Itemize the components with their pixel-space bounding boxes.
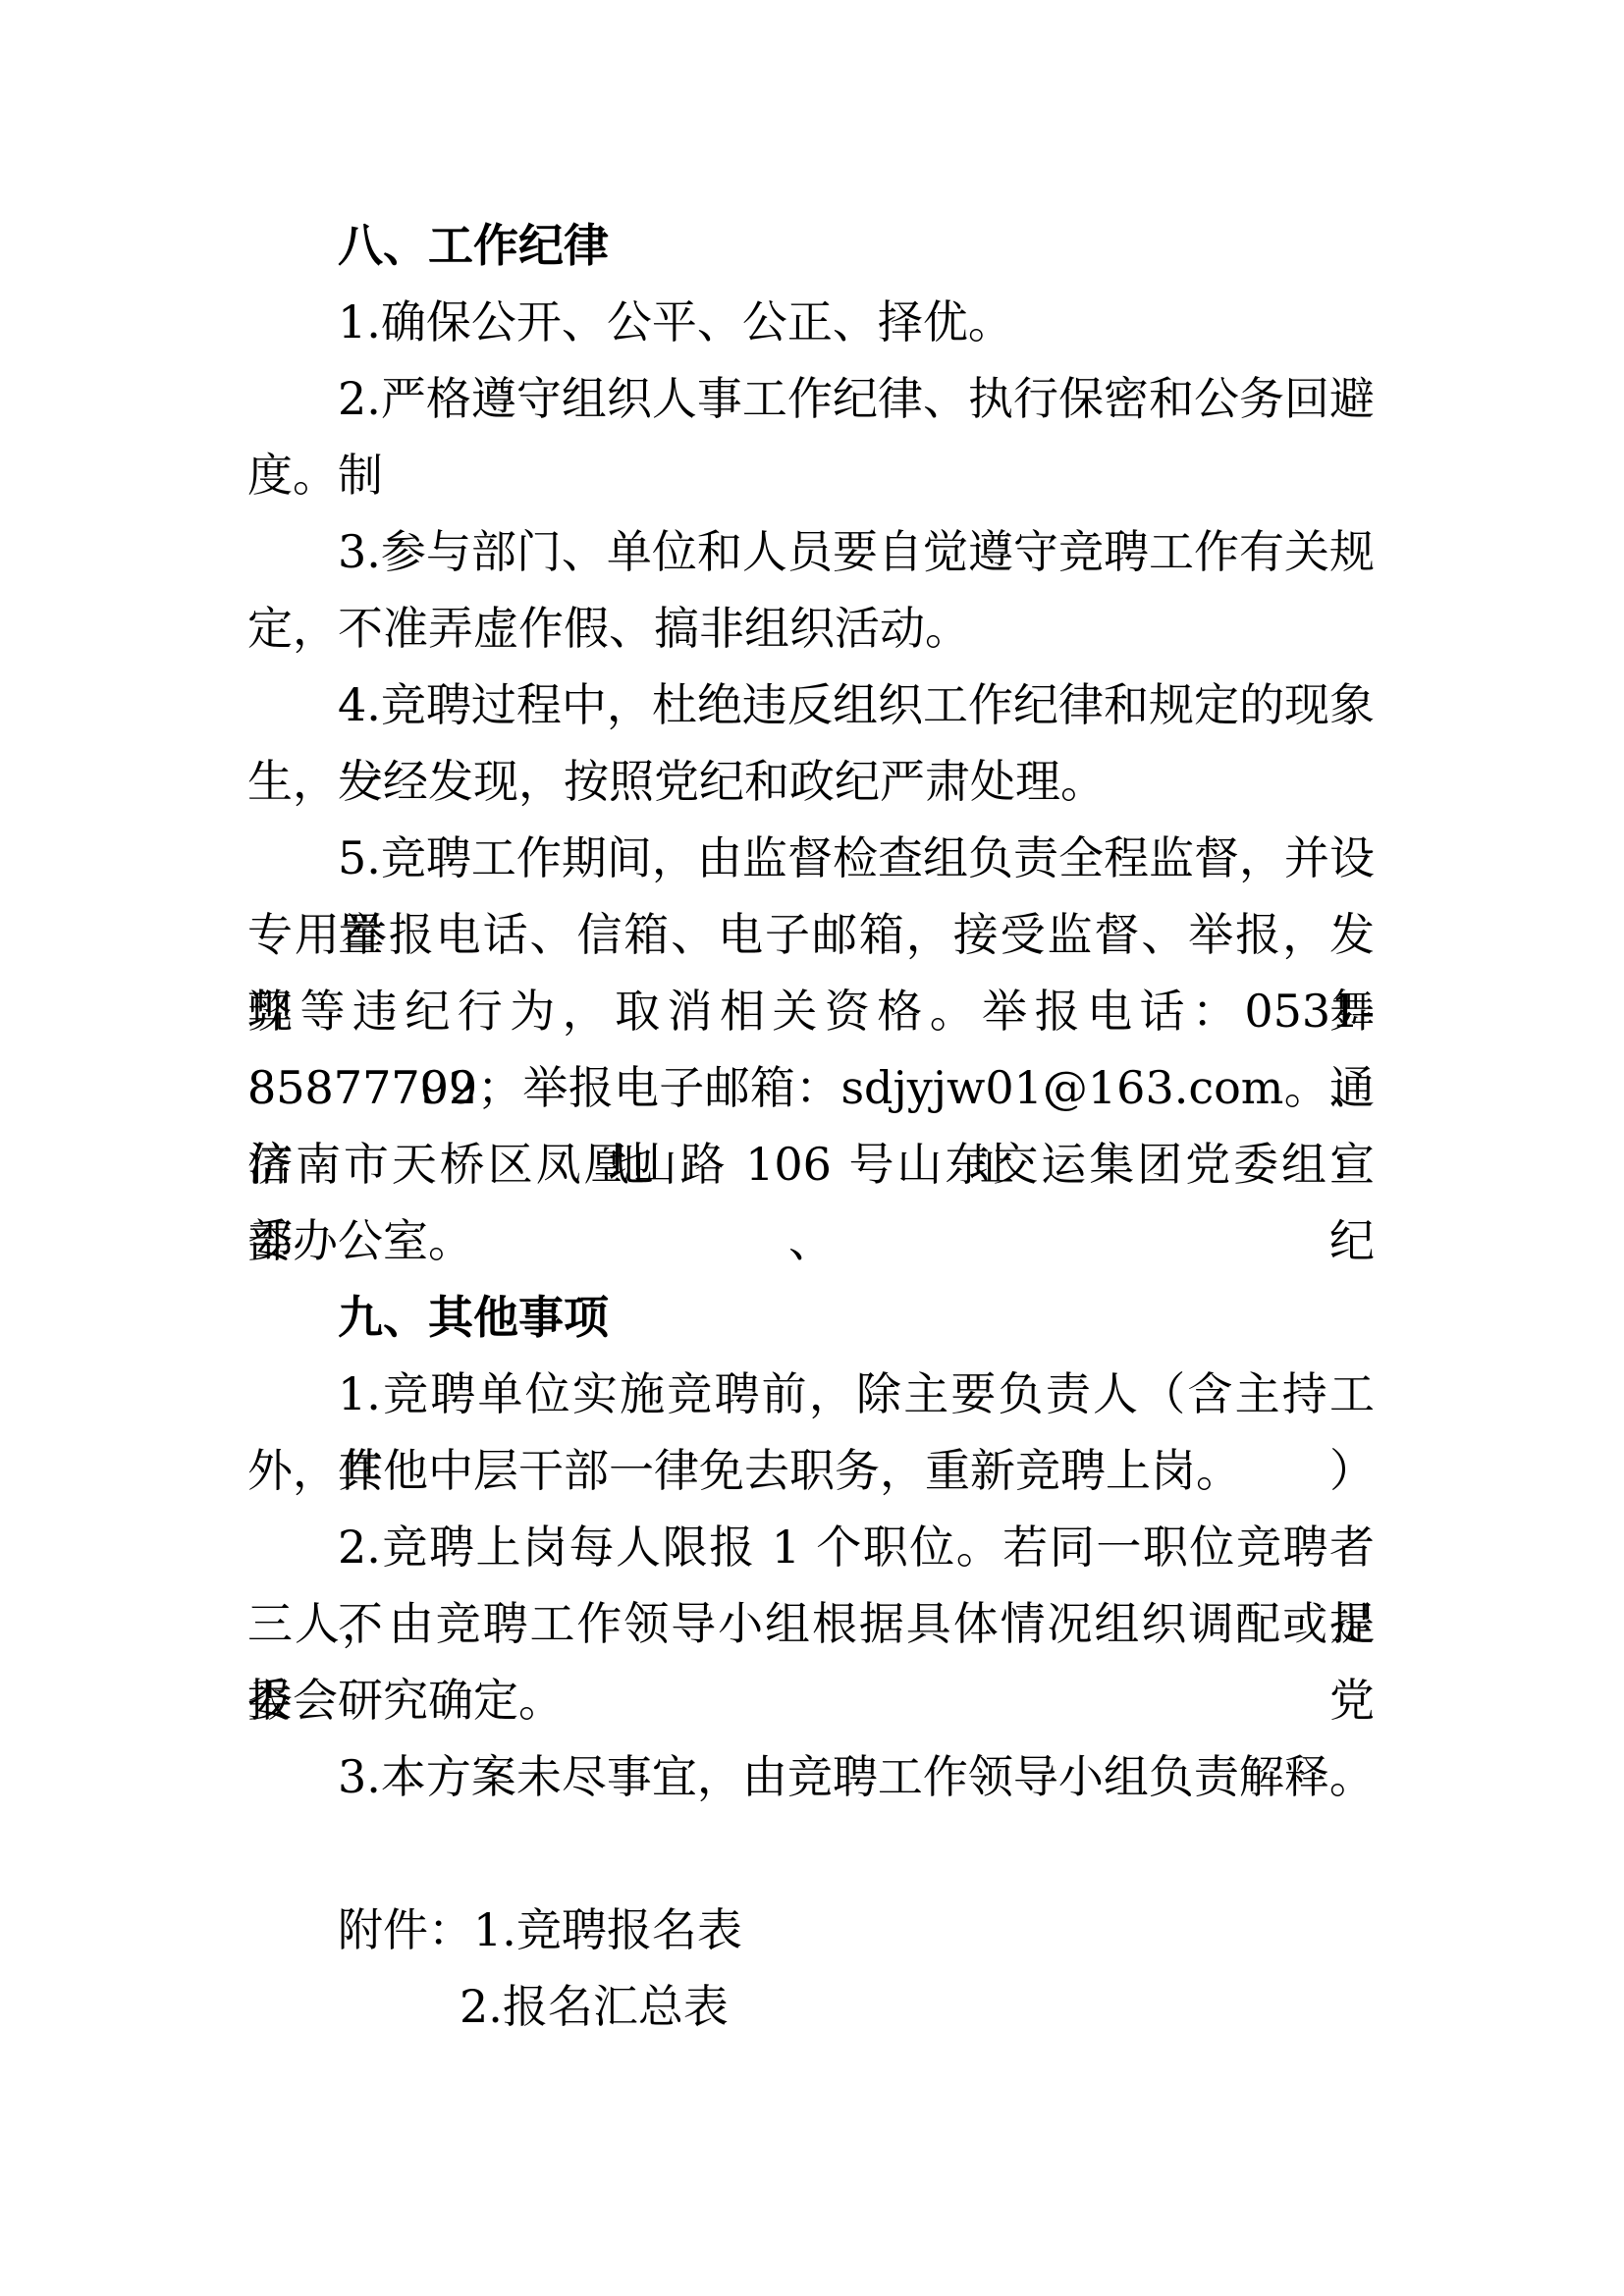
document-text-line: 定，不准弄虚作假、搞非组织活动。: [247, 590, 1375, 667]
document-text-line: 度。: [247, 437, 1375, 513]
document-text-line: 济南市天桥区凤凰山路 106 号山东交运集团党委组宣部、纪: [247, 1126, 1375, 1202]
section-heading: 八、工作纪律: [247, 207, 1375, 284]
document-text-line: 5.竞聘工作期间，由监督检查组负责全程监督，并设置: [247, 820, 1375, 896]
document-text-line: 3.本方案未尽事宜，由竞聘工作领导小组负责解释。: [247, 1738, 1375, 1815]
document-text-line: 1.确保公开、公平、公正、择优。: [247, 284, 1375, 360]
document-text-line: 1.竞聘单位实施竞聘前，除主要负责人（含主持工作）: [247, 1356, 1375, 1432]
document-text-line: 弊等违纪行为，取消相关资格。举报电话：0531-85877709、: [247, 973, 1375, 1049]
document-text-line: 附件：1.竞聘报名表: [247, 1892, 1375, 1968]
blank-line: [247, 1815, 1375, 1892]
document-text-line: 2.报名汇总表: [247, 1968, 1375, 2045]
document-text-line: 三人，由竞聘工作领导小组根据具体情况组织调配或提报党: [247, 1585, 1375, 1662]
section-heading: 九、其他事项: [247, 1279, 1375, 1356]
document-text-line: 85877792；举报电子邮箱：sdjyjw01@163.com。通信地址：: [247, 1049, 1375, 1126]
document-text-line: 2.严格遵守组织人事工作纪律、执行保密和公务回避制: [247, 360, 1375, 437]
document-text-line: 2.竞聘上岗每人限报 1 个职位。若同一职位竞聘者不足: [247, 1509, 1375, 1585]
document-text-line: 生，一经发现，按照党纪和政纪严肃处理。: [247, 743, 1375, 820]
document-page: 八、工作纪律1.确保公开、公平、公正、择优。2.严格遵守组织人事工作纪律、执行保…: [0, 0, 1624, 2296]
document-text-line: 外，其他中层干部一律免去职务，重新竞聘上岗。: [247, 1432, 1375, 1509]
document-text-line: 3.参与部门、单位和人员要自觉遵守竞聘工作有关规: [247, 513, 1375, 590]
document-lines: 八、工作纪律1.确保公开、公平、公正、择优。2.严格遵守组织人事工作纪律、执行保…: [247, 207, 1375, 2045]
document-text-line: 4.竞聘过程中，杜绝违反组织工作纪律和规定的现象发: [247, 667, 1375, 743]
document-text-line: 专用举报电话、信箱、电子邮箱，接受监督、举报，发现舞: [247, 896, 1375, 973]
